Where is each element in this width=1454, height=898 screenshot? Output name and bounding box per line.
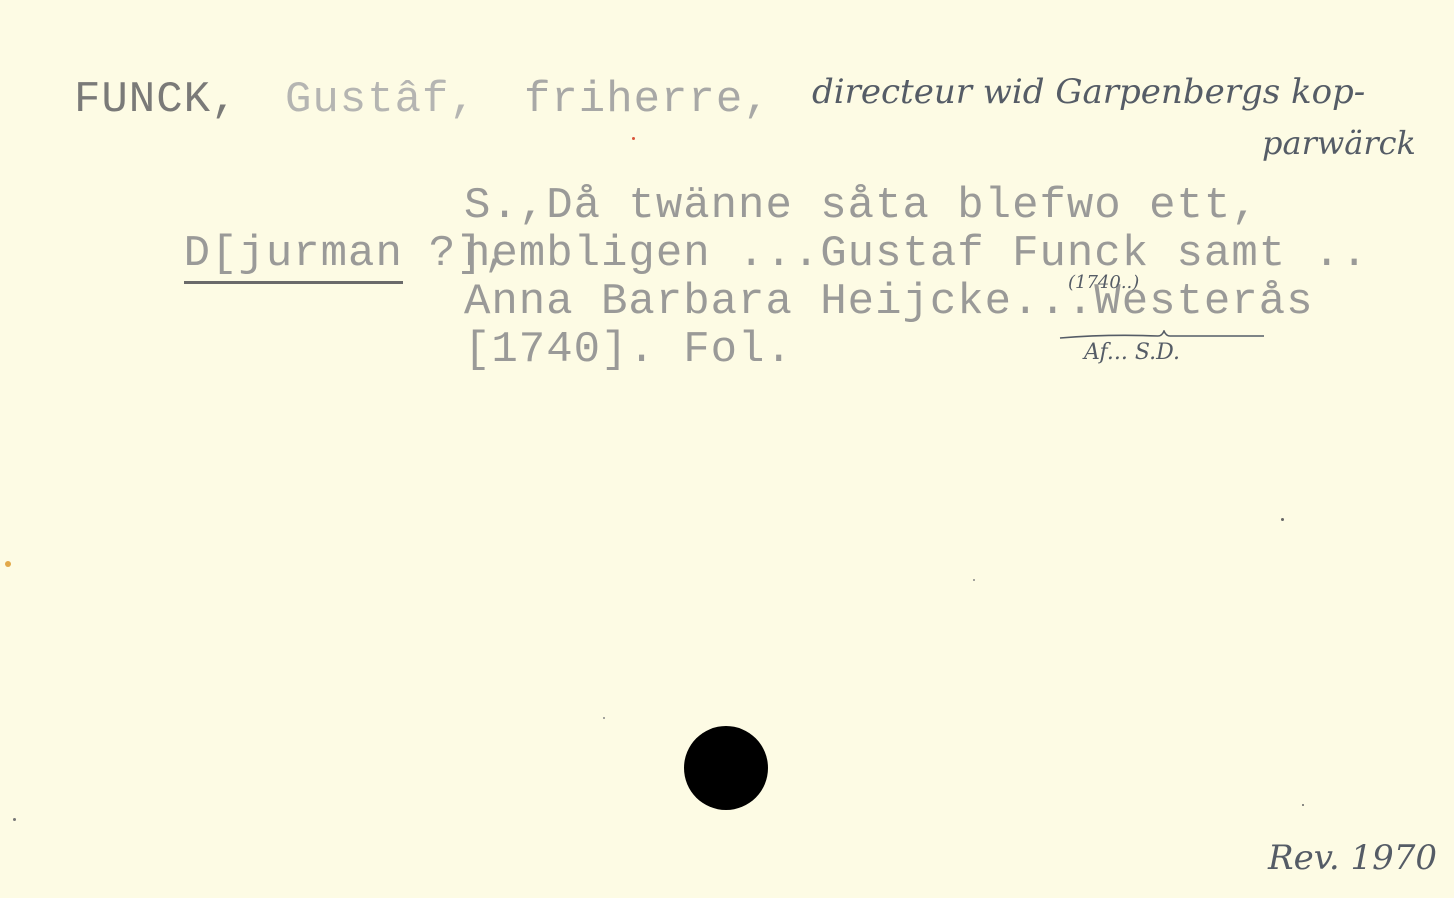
entry-line-3: Anna Barbara Heijcke...Westerås — [464, 278, 1314, 326]
handwritten-note-below: Af... S.D. — [1084, 340, 1180, 365]
paper-speck — [603, 717, 605, 719]
catalog-card: FUNCK, Gustâf, friherre, directeur wid G… — [0, 0, 1454, 898]
punch-hole — [684, 726, 768, 810]
paper-speck — [1281, 518, 1284, 521]
handwritten-annotation-line1: directeur wid Garpenbergs kop- — [812, 72, 1365, 112]
handwritten-insert-year: (1740..) — [1068, 272, 1139, 293]
heading-surname: FUNCK, — [74, 76, 238, 124]
paper-speck — [973, 579, 975, 581]
heading-title: friherre, — [524, 76, 771, 124]
revision-note: Rev. 1970 — [1268, 838, 1437, 878]
entry-author-name: D[jurman — [184, 229, 403, 284]
handwritten-annotation-line2: parwärck — [1262, 124, 1416, 162]
entry-line-4: [1740]. Fol. — [464, 326, 793, 374]
paper-speck — [632, 137, 635, 140]
heading-given-name: Gustâf, — [285, 76, 477, 124]
entry-line-1: S.,Då twänne såta blefwo ett, — [464, 182, 1259, 230]
paper-speck — [13, 818, 16, 821]
paper-speck — [5, 561, 11, 567]
paper-speck — [1302, 804, 1304, 806]
entry-author: D[jurman?], — [74, 182, 511, 326]
entry-line-2: nembligen ...Gustaf Funck samt .. — [464, 230, 1368, 278]
